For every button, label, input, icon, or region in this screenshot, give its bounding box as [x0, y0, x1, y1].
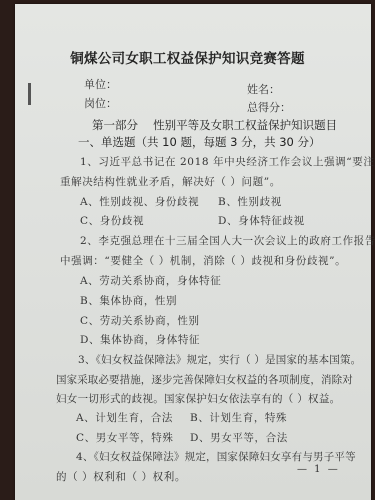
question-4-stem-line-2: 的（ ）权利和（ ）权利。 [56, 469, 186, 484]
question-1-option-d: D、身体特征歧视 [218, 213, 305, 228]
question-1-option-a: A、性别歧视、身份歧视 [80, 194, 199, 209]
question-1-stem-line-2: 重解决结构性就业矛盾，解决好（ ）问题”。 [60, 174, 281, 189]
question-2-option-b: B、集体协商，性别 [80, 293, 177, 308]
question-3-stem-line-3: 妇女一切形式的歧视。国家保护妇女依法享有的（ ）权益。 [56, 391, 340, 406]
document-title: 铜煤公司女职工权益保护知识竞赛答题 [0, 47, 375, 67]
question-3-option-a: A、计划生育，合法 [76, 410, 173, 425]
question-1-option-b: B、性别歧视 [218, 194, 282, 209]
section-heading: 一、单选题（共 10 题，每题 3 分，共 30 分） [78, 134, 321, 150]
question-3-option-d: D、男女平等，合法 [190, 430, 288, 445]
unit-label: 单位： [84, 76, 117, 92]
post-label: 岗位： [84, 95, 117, 111]
question-2-option-c: C、劳动关系协商，性别 [80, 313, 200, 328]
part-title: 第一部分 性别平等及女职工权益保护知识题目 [92, 117, 337, 133]
name-label: 姓名： [247, 81, 280, 97]
binding-mark [28, 83, 31, 105]
question-2-stem-line-2: 中强调：“要健全（ ）机制，消除（ ）歧视和身份歧视”。 [60, 253, 346, 268]
question-3-stem-line-1: 3、《妇女权益保障法》规定，实行（ ）是国家的基本国策。 [78, 352, 361, 367]
question-3-option-c: C、男女平等，特殊 [76, 430, 173, 445]
question-2-stem-line-1: 2、李克强总理在十三届全国人大一次会议上的政府工作报告 [80, 233, 375, 248]
question-1-option-c: C、身份歧视 [80, 213, 144, 228]
page-number: — 1 — [297, 464, 340, 475]
question-2-option-a: A、劳动关系协商，身体特征 [80, 273, 221, 288]
question-2-option-d: D、集体协商，身体特征 [80, 332, 200, 347]
question-1-stem-line-1: 1、习近平总书记在 2018 年中央经济工作会议上强调“要注 [80, 154, 374, 169]
score-label: 总得分： [247, 99, 291, 115]
exam-paper [15, 4, 371, 500]
question-3-stem-line-2: 国家采取必要措施，逐步完善保障妇女权益的各项制度，消除对 [56, 372, 353, 387]
question-4-stem-line-1: 4、《妇女权益保障法》规定，国家保障妇女享有与男子平等 [76, 449, 356, 464]
question-3-option-b: B、计划生育，特殊 [190, 410, 287, 425]
